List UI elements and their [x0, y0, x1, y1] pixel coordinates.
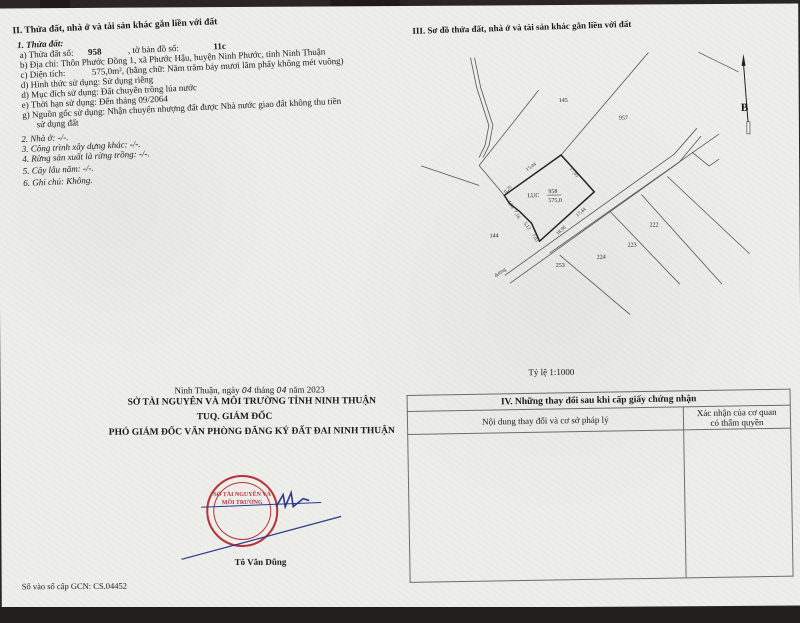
- edge-label: 0,25: [503, 185, 513, 195]
- place-date-label: Ninh Thuận, ngày: [174, 385, 239, 395]
- other-construction-value: -/-.: [130, 139, 141, 149]
- notes-value: Không.: [66, 175, 93, 186]
- date-month: 04: [277, 386, 287, 395]
- edge-label: 7,03: [530, 233, 539, 243]
- parcel-no-map: 958: [548, 189, 557, 195]
- neighbor-parcel: 145: [559, 98, 568, 104]
- edge-label: 5,12: [522, 222, 531, 232]
- signature-icon: [181, 476, 342, 567]
- gcn-label: Số vào sổ cấp GCN:: [22, 581, 91, 591]
- photo-bottom-edge: [0, 607, 800, 623]
- neighbor-parcel: 957: [619, 116, 628, 122]
- neighbor-parcel: 223: [628, 243, 637, 249]
- section-ii-title: II. Thửa đất, nhà ở và tài sản khác gắn …: [12, 17, 217, 36]
- house-value: -/-.: [57, 132, 68, 142]
- signer-position: PHÓ GIÁM ĐỐC VĂN PHÒNG ĐĂNG KÝ ĐẤT ĐAI N…: [109, 426, 395, 438]
- change-content-cell: [408, 430, 686, 583]
- map-scale: Tỷ lệ 1:1000: [528, 367, 574, 377]
- changes-table: IV. Những thay đổi sau khi cấp giấy chứn…: [407, 389, 794, 583]
- month-label: tháng: [254, 385, 274, 395]
- edge-label: 15,44: [525, 162, 537, 173]
- neighbor-parcel: 224: [597, 255, 606, 261]
- col-authority-confirmation: Xác nhận của cơ quan có thẩm quyền: [683, 405, 791, 430]
- signer-name: Tô Văn Dũng: [235, 557, 287, 567]
- parcel-type: LUC: [527, 193, 539, 199]
- map-sheet-no: 11c: [213, 41, 226, 52]
- notes-label: 6. Ghi chú:: [23, 176, 64, 188]
- edge-label: 4,06: [506, 200, 515, 211]
- authority-cell: [683, 428, 793, 578]
- place-date: Ninh Thuận, ngày 04 tháng 04 năm 2023: [174, 384, 324, 396]
- north-arrow-icon: B: [740, 54, 749, 134]
- origin-cont: sử dụng đất: [36, 118, 78, 130]
- tuq-title: TUQ. GIÁM ĐỐC: [197, 412, 273, 422]
- gcn-register: Số vào sổ cấp GCN: CS.04452: [22, 581, 127, 592]
- neighbor-parcel: 144: [490, 233, 499, 239]
- date-day: 04: [242, 386, 252, 395]
- perennial-trees-value: -/-.: [83, 163, 94, 173]
- neighbor-parcel: 253: [556, 263, 565, 269]
- year-label: năm 2023: [289, 384, 325, 394]
- edge-label: 17,95: [568, 167, 579, 179]
- issuing-org: SỞ TÀI NGUYÊN VÀ MÔI TRƯỜNG TỈNH NINH TH…: [128, 396, 377, 408]
- gcn-number: CS.04452: [93, 581, 127, 591]
- col2-line2: có thẩm quyền: [687, 417, 787, 429]
- certificate-page: II. Thửa đất, nhà ở và tài sản khác gắn …: [0, 4, 800, 611]
- edge-label: 17,44: [576, 207, 588, 218]
- planted-forest-value: -/-.: [139, 148, 150, 158]
- perennial-trees-label: 5. Cây lâu năm:: [23, 163, 81, 176]
- neighbor-parcel: 222: [649, 222, 658, 228]
- parcel-area-map: 575,0: [548, 198, 562, 204]
- parcel-map: 15,44 17,95 17,44 18,96 0,25 4,06 7,16 5…: [408, 44, 795, 346]
- road-label: đường: [494, 267, 508, 279]
- parcel-no: 958: [88, 46, 102, 57]
- north-label: B: [741, 102, 749, 114]
- section-iii-title: III. Sơ đồ thửa đất, nhà ở và tài sản kh…: [412, 19, 631, 36]
